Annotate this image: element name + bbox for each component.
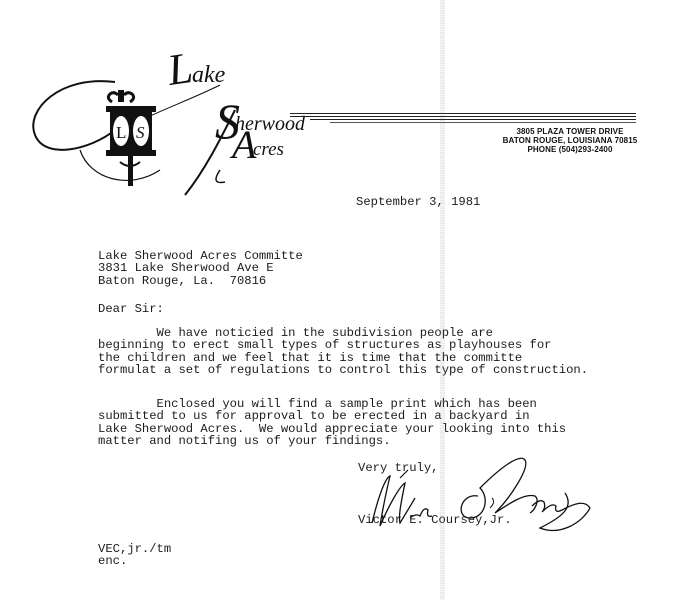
paragraph-line: matter and notifing us of your findings. (98, 435, 566, 447)
paragraph-line: beginning to erect small types of struct… (98, 339, 588, 351)
address-street: 3805 PLAZA TOWER DRIVE (470, 127, 670, 136)
body-paragraph-1: We have noticied in the subdivision peop… (98, 327, 588, 377)
salutation: Dear Sir: (98, 303, 164, 315)
letter-date: September 3, 1981 (356, 196, 480, 208)
paragraph-line: submitted to us for approval to be erect… (98, 410, 566, 422)
letter-page: L S L ake S herwood A cres 3805 PLAZA TO… (0, 0, 678, 600)
letterhead-rules (290, 113, 636, 125)
svg-text:cres: cres (253, 139, 284, 160)
monogram-icon: L S (106, 90, 156, 186)
svg-text:L: L (116, 123, 126, 142)
signer-name: Victor E. Coursey,Jr. (358, 514, 512, 526)
recipient-address: Lake Sherwood Acres Committe3831 Lake Sh… (98, 250, 303, 287)
body-paragraph-2: Enclosed you will find a sample print wh… (98, 398, 566, 448)
svg-text:L: L (164, 43, 196, 95)
svg-text:ake: ake (192, 62, 226, 88)
svg-text:S: S (136, 123, 145, 142)
lake-sherwood-acres-logo: L S L ake S herwood A cres (20, 20, 320, 200)
address-city: BATON ROUGE, LOUISIANA 70815 (470, 136, 670, 145)
paragraph-line: formulat a set of regulations to control… (98, 364, 588, 376)
enclosure-note: enc. (98, 555, 171, 567)
address-phone: PHONE (504)293-2400 (470, 145, 670, 154)
reference-initials-block: VEC,jr./tmenc. (98, 543, 171, 568)
letterhead-address: 3805 PLAZA TOWER DRIVE BATON ROUGE, LOUI… (470, 127, 670, 154)
recipient-line: Baton Rouge, La. 70816 (98, 275, 303, 287)
recipient-line: 3831 Lake Sherwood Ave E (98, 262, 303, 274)
